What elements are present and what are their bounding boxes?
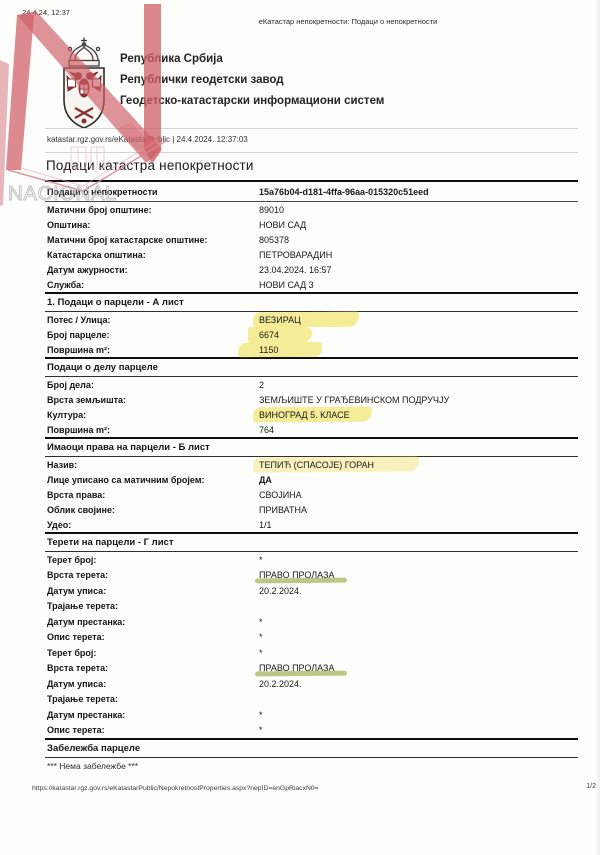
table-row: Трајање терета: [45, 692, 578, 708]
row-value-highlighted: ТЕПИЋ (СПАСОЈЕ) ГОРАН [259, 460, 374, 470]
section-title: Имаоци права на парцели - Б лист [45, 439, 578, 457]
section-burdens-g-list: Терети на парцели - Г лист Терет број: *… [45, 532, 578, 738]
section-title: Забележба парцеле [45, 740, 578, 758]
row-value: 23.04.2024. 16:57 [259, 265, 332, 275]
row-label: Број дела: [45, 380, 259, 390]
section-parcel-part: Подаци о делу парцеле Број дела: 2 Врста… [45, 357, 578, 437]
table-row: Служба: НОВИ САД 3 [45, 277, 578, 292]
row-label: Терет број: [45, 555, 259, 565]
table-row: Лице уписано са матичним бројем: ДА [45, 472, 578, 487]
row-label: Врста терета: [45, 570, 259, 580]
table-row: Површина m²: 764 [45, 422, 578, 437]
row-label: Назив: [45, 460, 259, 470]
row-value-underlined: ПРАВО ПРОЛАЗА [259, 570, 335, 580]
table-row: Датум престанка: * [45, 614, 578, 630]
table-row: Површина m²: 1150 [45, 342, 578, 357]
row-value-highlighted: ВЕЗИРАЦ [259, 315, 301, 325]
table-row: Терет број: * [45, 552, 578, 568]
table-row: Удео: 1/1 [45, 517, 578, 532]
row-label: Матични број општине: [45, 205, 259, 215]
table-row: Врста земљишта: ЗЕМЉИШТЕ У ГРАЂЕВИНСКОМ … [45, 392, 578, 407]
row-label: Облик својине: [45, 505, 259, 515]
row-value-highlighted: 6674 [259, 330, 279, 340]
table-row: Трајање терета: [45, 599, 578, 615]
table-row: Општина: НОВИ САД [45, 217, 578, 232]
table-row: Опис терета: * [45, 630, 578, 646]
row-label: Датум престанка: [45, 710, 259, 720]
row-value: 20.2.2024. [259, 679, 302, 689]
row-label: Катастарска општина: [45, 250, 259, 260]
row-value: * [259, 725, 263, 735]
row-value: ДА [259, 475, 272, 485]
table-row: Датум престанка: * [45, 707, 578, 723]
table-row: Култура: ВИНОГРАД 5. КЛАСЕ [45, 407, 578, 422]
table-row: Број парцеле: 6674 [45, 327, 578, 342]
section-rights-holders-b-list: Имаоци права на парцели - Б лист Назив: … [45, 437, 578, 532]
print-timestamp: 24.4.24, 12:37 [22, 8, 70, 17]
section-parcel-notes: Забележба парцеле *** Нема забележбе *** [45, 738, 578, 773]
row-value: 20.2.2024. [259, 586, 302, 596]
org-country: Република Србија [120, 49, 384, 70]
table-row: Потес / Улица: ВЕЗИРАЦ [45, 312, 578, 327]
row-value: 89010 [259, 205, 284, 215]
row-value: * [259, 710, 263, 720]
page-number: 1/2 [586, 783, 596, 790]
serbia-coat-of-arms-icon [55, 36, 113, 138]
table-row: Опис терета: * [45, 723, 578, 739]
table-row: Врста терета: ПРАВО ПРОЛАЗА [45, 661, 578, 677]
row-label: Датум ажурности: [45, 265, 259, 275]
row-value: 1/1 [259, 520, 272, 530]
print-page-header: eКатастар непокретности: Подаци о непокр… [198, 17, 498, 26]
table-row: Назив: ТЕПИЋ (СПАСОЈЕ) ГОРАН [45, 457, 578, 472]
row-label: Датум уписа: [45, 586, 259, 596]
org-system: Геодетско-катастарски информациони систе… [120, 91, 384, 112]
row-value: ПЕТРОВАРАДИН [259, 250, 332, 260]
row-value: * [259, 555, 263, 565]
row-label: Служба: [45, 280, 259, 290]
row-value: СВОЈИНА [259, 490, 302, 500]
row-value-highlighted: ВИНОГРАД 5. КЛАСЕ [259, 410, 350, 420]
row-label: Општина: [45, 220, 259, 230]
divider [45, 152, 578, 153]
table-row: Катастарска општина: ПЕТРОВАРАДИН [45, 247, 578, 262]
no-notes-text: *** Нема забележбе *** [45, 758, 578, 773]
row-value: НОВИ САД 3 [259, 280, 314, 290]
org-agency: Републички геодетски завод [120, 70, 384, 91]
table-row: Терет број: * [45, 645, 578, 661]
row-label: Површина m²: [45, 425, 259, 435]
table-row: Врста терета: ПРАВО ПРОЛАЗА [45, 568, 578, 584]
table-row: Подаци о непокретности 15a76b04-d181-4ff… [45, 182, 578, 202]
row-label: Опис терета: [45, 632, 259, 642]
row-value: НОВИ САД [259, 220, 306, 230]
row-value: ЗЕМЉИШТЕ У ГРАЂЕВИНСКОМ ПОДРУЧЈУ [259, 395, 449, 405]
page-title: Подаци катастра непокретности [46, 158, 254, 173]
row-label: Матични број катастарске општине: [45, 235, 259, 245]
section-title: Терети на парцели - Г лист [45, 534, 578, 552]
row-value-highlighted: 1150 [259, 345, 278, 355]
row-value: ПРИВАТНА [259, 505, 307, 515]
row-label: Врста права: [45, 490, 259, 500]
row-label: Лице уписано са матичним бројем: [45, 475, 259, 485]
section-title: Подаци о делу парцеле [45, 359, 578, 377]
property-id-value: 15a76b04-d181-4ffa-96aa-015320c51eed [259, 187, 429, 197]
row-label: Број парцеле: [45, 330, 259, 340]
row-value: * [259, 648, 263, 658]
row-label: Датум уписа: [45, 679, 259, 689]
source-url-line: katastar.rgz.gov.rs/eKatastarPublic | 24… [47, 135, 248, 144]
divider [45, 128, 578, 129]
table-row: Матични број катастарске општине: 805378 [45, 232, 578, 247]
table-row: Облик својине: ПРИВАТНА [45, 502, 578, 517]
row-value: * [259, 617, 263, 627]
print-footer-url: https://katastar.rgz.gov.rs/eKatastarPub… [32, 785, 319, 792]
table-row: Број дела: 2 [45, 377, 578, 392]
row-label: Датум престанка: [45, 617, 259, 627]
row-label: Удео: [45, 520, 259, 530]
section-parcel-a-list: 1. Подаци о парцели - А лист Потес / Ули… [45, 292, 578, 357]
row-label: Површина m²: [45, 345, 259, 355]
org-header: Република Србија Републички геодетски за… [120, 49, 384, 111]
row-label: Потес / Улица: [45, 315, 259, 325]
cadastre-table: Подаци о непокретности 15a76b04-d181-4ff… [45, 180, 578, 773]
row-value-underlined: ПРАВО ПРОЛАЗА [259, 663, 335, 673]
section-property-info: Подаци о непокретности 15a76b04-d181-4ff… [45, 180, 578, 292]
row-label: Врста земљишта: [45, 395, 259, 405]
table-row: Датум ажурности: 23.04.2024. 16:57 [45, 262, 578, 277]
table-row: Врста права: СВОЈИНА [45, 487, 578, 502]
table-row: Датум уписа: 20.2.2024. [45, 676, 578, 692]
table-row: Датум уписа: 20.2.2024. [45, 583, 578, 599]
row-value: 2 [259, 380, 264, 390]
row-label: Врста терета: [45, 663, 259, 673]
row-label: Подаци о непокретности [45, 187, 259, 197]
row-label: Култура: [45, 410, 259, 420]
row-label: Опис терета: [45, 725, 259, 735]
row-value: 805378 [259, 235, 289, 245]
row-label: Терет број: [45, 648, 259, 658]
section-title: 1. Подаци о парцели - А лист [45, 294, 578, 312]
row-label: Трајање терета: [45, 694, 259, 704]
row-value: 764 [259, 425, 274, 435]
row-value: * [259, 632, 263, 642]
row-label: Трајање терета: [45, 601, 259, 611]
table-row: Матични број општине: 89010 [45, 202, 578, 217]
